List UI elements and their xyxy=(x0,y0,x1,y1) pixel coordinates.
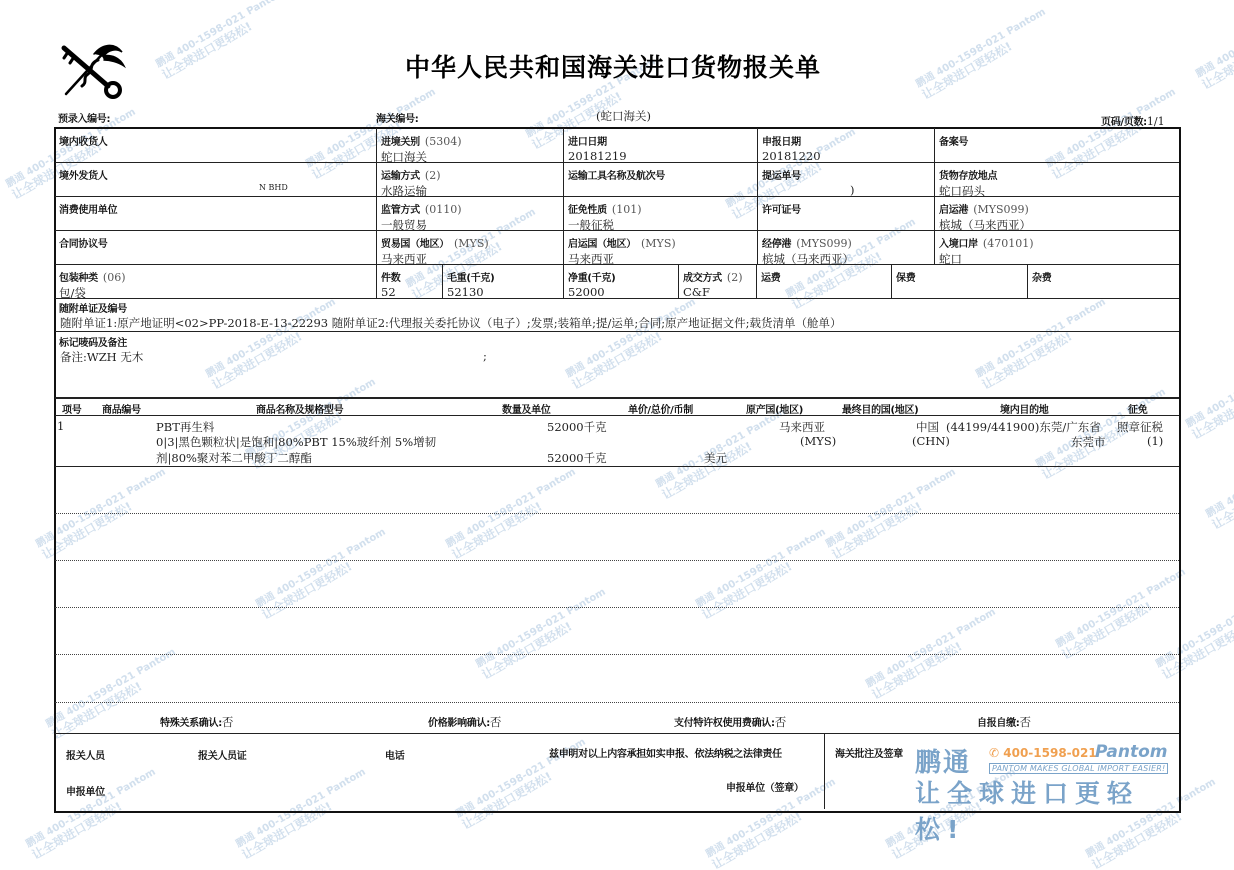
field-code: (2) xyxy=(425,169,441,182)
field-label: 经停港 xyxy=(762,239,791,250)
field-value: 20181220 xyxy=(762,149,821,163)
brand-tagline: PANTOM MAKES GLOBAL IMPORT EASIER! xyxy=(989,763,1168,774)
item-spec-line1: 0|3|黑色颗粒状|是饱和|80%PBT 15%玻纤剂 5%增韧 xyxy=(156,434,436,450)
field-label: 货物存放地点 xyxy=(939,171,997,182)
package-field-0: 包装种类 (06)包/袋 xyxy=(59,266,126,301)
item-destination-country-code: (CHN) xyxy=(912,434,950,448)
field-label: 合同协议号 xyxy=(59,239,108,250)
package-field-1: 件数 52 xyxy=(381,266,400,299)
field-1-4: 货物存放地点 蛇口码头 xyxy=(939,164,997,199)
item-origin-code: (MYS) xyxy=(800,434,836,448)
self-declare-self-pay: 自报自缴:否 xyxy=(977,711,1031,730)
field-value: 槟城（马来西亚） xyxy=(939,217,1031,233)
royalty-confirmation: 支付特许权使用费确认:否 xyxy=(674,711,786,730)
field-label: 件数 xyxy=(381,273,400,284)
legal-statement: 兹申明对以上内容承担如实申报、依法纳税之法律责任 xyxy=(549,745,782,760)
item-currency: 美元 xyxy=(704,450,727,466)
field-value: 20181219 xyxy=(568,149,627,163)
field-value: 52130 xyxy=(447,285,494,299)
brand-slogan: 让全球进口更轻松! xyxy=(915,774,1177,846)
field-label: 净重(千克) xyxy=(568,273,615,284)
field-2-2: 征免性质 (101)一般征税 xyxy=(568,198,642,233)
field-label: 征免性质 xyxy=(568,205,607,216)
field-code: (101) xyxy=(612,203,642,216)
watermark-stamp: 鹏通 400-1598-021 Pantom让全球进口更轻松! xyxy=(1193,0,1234,92)
field-value: 水路运输 xyxy=(381,183,441,199)
package-field-2: 毛重(千克) 52130 xyxy=(447,266,494,299)
field-value: ) xyxy=(850,183,855,197)
field-value: 马来西亚 xyxy=(381,251,489,267)
customs-office: (蛇口海关) xyxy=(596,108,651,124)
field-label: 保费 xyxy=(896,273,915,284)
item-header-domestic-destination: 境内目的地 xyxy=(1000,401,1049,416)
phone-label: 电话 xyxy=(385,747,404,762)
field-code: (MYS099) xyxy=(796,237,852,250)
item-header-quantity: 数量及单位 xyxy=(502,401,551,416)
field-label: 运费 xyxy=(761,273,780,284)
marks-value: 备注:WZH 无木 xyxy=(60,349,143,365)
item-header-name: 商品名称及规格型号 xyxy=(256,401,343,416)
item-duty-code: (1) xyxy=(1147,434,1163,448)
field-value: C&F xyxy=(683,285,743,299)
price-influence-confirmation: 价格影响确认:否 xyxy=(428,711,501,730)
field-0-3: 申报日期 20181220 xyxy=(762,130,821,163)
field-1-0: 境外发货人 N BHD xyxy=(59,164,288,192)
watermark-stamp: 鹏通 400-1598-021 Pantom让全球进口更轻松! xyxy=(1203,435,1234,532)
field-0-0: 境内收货人 xyxy=(59,130,108,149)
marks-label: 标记唛码及备注 xyxy=(59,334,127,349)
field-2-3: 许可证号 xyxy=(762,198,801,217)
field-label: 境外发货人 xyxy=(59,171,108,182)
item-header-price: 单价/总价/币制 xyxy=(628,401,693,416)
item-header-origin: 原产国(地区) xyxy=(746,401,803,416)
item-destination-country: 中国 xyxy=(916,419,939,435)
field-value: 蛇口码头 xyxy=(939,183,997,199)
field-value: 槟城（马来西亚） xyxy=(762,251,854,267)
item-duty: 照章征税 xyxy=(1117,419,1163,435)
item-domestic-destination-line2: 东莞市 xyxy=(1071,434,1106,450)
field-value: 包/袋 xyxy=(59,285,126,301)
field-1-2: 运输工具名称及航次号 xyxy=(568,164,665,183)
package-field-5: 运费 xyxy=(761,266,780,285)
field-0-4: 备案号 xyxy=(939,130,968,149)
field-code: (MYS) xyxy=(641,237,676,250)
field-label: 许可证号 xyxy=(762,205,801,216)
item-origin: 马来西亚 xyxy=(779,419,825,435)
field-0-2: 进口日期 20181219 xyxy=(568,130,627,163)
item-spec-line2: 剂|80%聚对苯二甲酸丁二醇酯 xyxy=(156,450,312,466)
item-header-duty: 征免 xyxy=(1128,401,1147,416)
pre-entry-no-label: 预录入编号: xyxy=(58,110,110,125)
field-code: (5304) xyxy=(425,135,462,148)
declaring-unit-seal-label: 申报单位（签章） xyxy=(726,779,804,794)
field-label: 申报日期 xyxy=(762,137,801,148)
field-label: 启运国（地区） xyxy=(568,239,636,250)
field-label: 毛重(千克) xyxy=(447,273,494,284)
field-3-4: 入境口岸 (470101)蛇口 xyxy=(939,232,1033,267)
field-label: 运输工具名称及航次号 xyxy=(568,171,665,182)
field-code: (470101) xyxy=(983,237,1034,250)
brand-watermark: 鹏通 ✆ 400-1598-021 Pantom PANTOM MAKES GL… xyxy=(915,742,1177,808)
declaring-unit-label: 申报单位 xyxy=(66,783,105,798)
field-value: N BHD xyxy=(259,183,288,192)
field-code: (MYS099) xyxy=(973,203,1029,216)
watermark-stamp: 鹏通 400-1598-021 Pantom让全球进口更轻松! xyxy=(913,5,1055,102)
documents-value: 随附单证1:原产地证明<02>PP-2018-E-13-22293 随附单证2:… xyxy=(60,315,842,331)
watermark-stamp: 鹏通 400-1598-021 Pantom让全球进口更轻松! xyxy=(1183,345,1234,442)
documents-label: 随附单证及编号 xyxy=(59,300,127,315)
field-label: 监管方式 xyxy=(381,205,420,216)
field-2-0: 消费使用单位 xyxy=(59,198,117,217)
customs-approval-label: 海关批注及签章 xyxy=(835,745,903,760)
field-label: 入境口岸 xyxy=(939,239,978,250)
field-1-1: 运输方式 (2)水路运输 xyxy=(381,164,441,199)
field-label: 成交方式 xyxy=(683,273,722,284)
field-code: (MYS) xyxy=(454,237,489,250)
brand-phone: 400-1598-021 xyxy=(1003,746,1096,760)
field-1-3: 提运单号 ) xyxy=(762,164,855,197)
package-field-7: 杂费 xyxy=(1032,266,1051,285)
field-3-0: 合同协议号 xyxy=(59,232,108,251)
item-header-hs-code: 商品编号 xyxy=(102,401,141,416)
field-3-3: 经停港 (MYS099)槟城（马来西亚） xyxy=(762,232,854,267)
field-value: 一般贸易 xyxy=(381,217,461,233)
watermark-stamp: 鹏通 400-1598-021 Pantom让全球进口更轻松! xyxy=(153,0,295,82)
page-title: 中华人民共和国海关进口货物报关单 xyxy=(405,48,821,84)
package-field-6: 保费 xyxy=(896,266,915,285)
brand-logo-text: Pantom xyxy=(1095,742,1167,762)
field-value: 一般征税 xyxy=(568,217,642,233)
phone-icon: ✆ xyxy=(989,746,999,760)
field-2-4: 启运港 (MYS099)槟城（马来西亚） xyxy=(939,198,1031,233)
field-label: 启运港 xyxy=(939,205,968,216)
field-3-1: 贸易国（地区） (MYS)马来西亚 xyxy=(381,232,489,267)
field-label: 备案号 xyxy=(939,137,968,148)
field-value: 蛇口海关 xyxy=(381,149,461,165)
field-2-1: 监管方式 (0110)一般贸易 xyxy=(381,198,461,233)
field-label: 杂费 xyxy=(1032,273,1051,284)
field-value: 52 xyxy=(381,285,400,299)
field-0-1: 进境关别 (5304)蛇口海关 xyxy=(381,130,461,165)
customs-emblem-icon xyxy=(58,38,128,100)
customs-no-label: 海关编号: xyxy=(376,110,419,125)
field-3-2: 启运国（地区） (MYS)马来西亚 xyxy=(568,232,676,267)
field-code: (0110) xyxy=(425,203,462,216)
field-label: 运输方式 xyxy=(381,171,420,182)
item-name: PBT再生料 xyxy=(156,419,214,435)
field-value: 马来西亚 xyxy=(568,251,676,267)
field-code: (06) xyxy=(103,271,126,284)
item-quantity-1: 52000千克 xyxy=(547,419,607,435)
field-label: 进境关别 xyxy=(381,137,420,148)
declarant-label: 报关人员 xyxy=(66,747,105,762)
item-domestic-destination: (44199/441900)东莞/广东省 xyxy=(946,419,1101,435)
field-label: 进口日期 xyxy=(568,137,607,148)
item-header-no: 项号 xyxy=(62,401,81,416)
field-label: 消费使用单位 xyxy=(59,205,117,216)
package-field-4: 成交方式 (2)C&F xyxy=(683,266,743,299)
item-header-destination-country: 最终目的国(地区) xyxy=(842,401,918,416)
field-label: 提运单号 xyxy=(762,171,801,182)
field-label: 境内收货人 xyxy=(59,137,108,148)
field-code: (2) xyxy=(727,271,743,284)
declarant-cert-label: 报关人员证 xyxy=(198,747,247,762)
item-no: 1 xyxy=(57,419,64,433)
field-value: 蛇口 xyxy=(939,251,1033,267)
package-field-3: 净重(千克) 52000 xyxy=(568,266,615,299)
special-relationship-confirmation: 特殊关系确认:否 xyxy=(160,711,233,730)
field-label: 贸易国（地区） xyxy=(381,239,449,250)
item-quantity-2: 52000千克 xyxy=(547,450,607,466)
field-value: 52000 xyxy=(568,285,615,299)
field-label: 包装种类 xyxy=(59,273,98,284)
marks-trailing: ; xyxy=(483,349,487,363)
